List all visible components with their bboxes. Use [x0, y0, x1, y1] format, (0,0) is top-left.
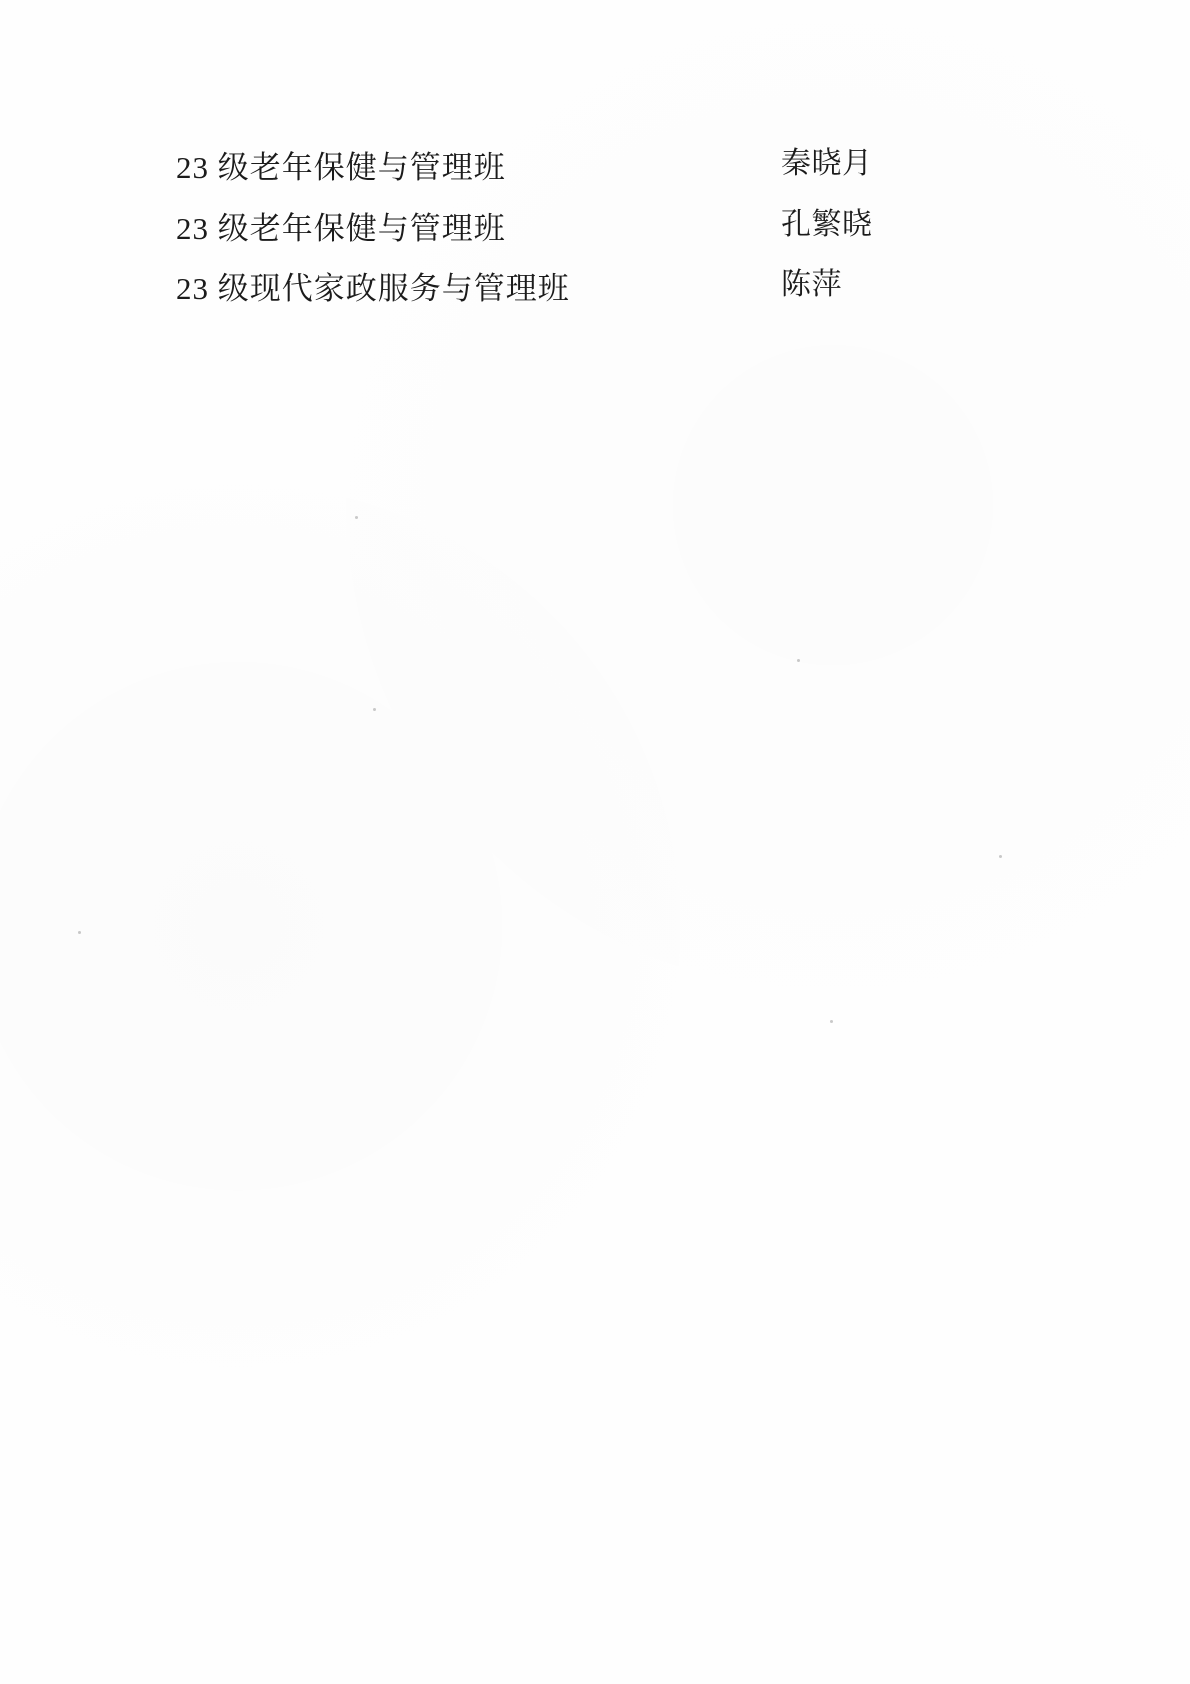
- document-page: 23 级老年保健与管理班 秦晓月 23 级老年保健与管理班 孔繁晓 23 级现代…: [0, 0, 1190, 1684]
- teacher-name-text: 秦晓月: [781, 138, 873, 182]
- assignment-row: 23 级现代家政服务与管理班 陈萍: [0, 263, 1190, 303]
- scan-speck: [373, 708, 376, 711]
- scan-speck: [355, 516, 358, 519]
- teacher-name-text: 孔繁晓: [781, 199, 873, 243]
- teacher-name-text: 陈萍: [781, 259, 842, 303]
- scan-speck: [830, 1020, 833, 1023]
- class-name-text: 23 级现代家政服务与管理班: [176, 263, 570, 308]
- class-name-text: 23 级老年保健与管理班: [176, 142, 506, 187]
- class-name-text: 23 级老年保健与管理班: [176, 203, 506, 248]
- scan-speck: [999, 855, 1002, 858]
- scan-speck: [797, 659, 800, 662]
- scan-speck: [78, 931, 81, 934]
- assignment-row: 23 级老年保健与管理班 孔繁晓: [0, 203, 1190, 243]
- assignment-row: 23 级老年保健与管理班 秦晓月: [0, 142, 1190, 182]
